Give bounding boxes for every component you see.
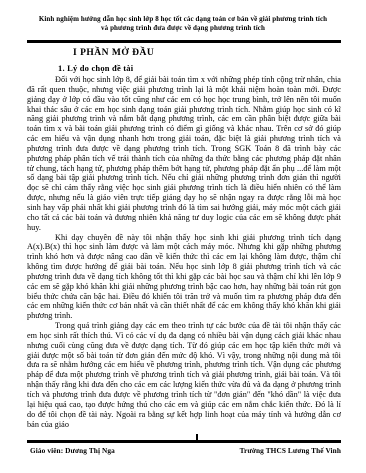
body-content: Đối với học sinh lớp 8, để giải bài toán… (27, 75, 341, 429)
running-header-line1: Kinh nghiệm hướng dẫn học sinh lớp 8 học… (30, 15, 336, 24)
running-header-line2: và phương trình đưa được về dạng phương … (30, 24, 336, 33)
header-divider (27, 40, 341, 43)
paragraph-1: Đối với học sinh lớp 8, để giải bài toán… (27, 75, 341, 233)
subsection-heading: 1. Lý do chọn đề tài (58, 63, 133, 73)
paragraph-2: Khi dạy chuyên đề này tôi nhận thấy học … (27, 233, 341, 322)
paragraph-3: Trong quá trình giảng dạy các em theo tr… (27, 321, 341, 429)
document-page: Kinh nghiệm hướng dẫn học sinh lớp 8 học… (0, 0, 366, 473)
footer-teacher-name: Giáo viên: Dương Thị Nga (30, 446, 115, 455)
running-header: Kinh nghiệm hướng dẫn học sinh lớp 8 học… (30, 15, 336, 33)
page-footer: Giáo viên: Dương Thị Nga Trường THCS Lươ… (30, 446, 341, 455)
section-heading: I PHẦN MỞ ĐẦU (73, 48, 154, 58)
footer-divider (27, 440, 341, 443)
footer-school-name: Trường THCS Lương Thế Vinh (240, 446, 341, 455)
